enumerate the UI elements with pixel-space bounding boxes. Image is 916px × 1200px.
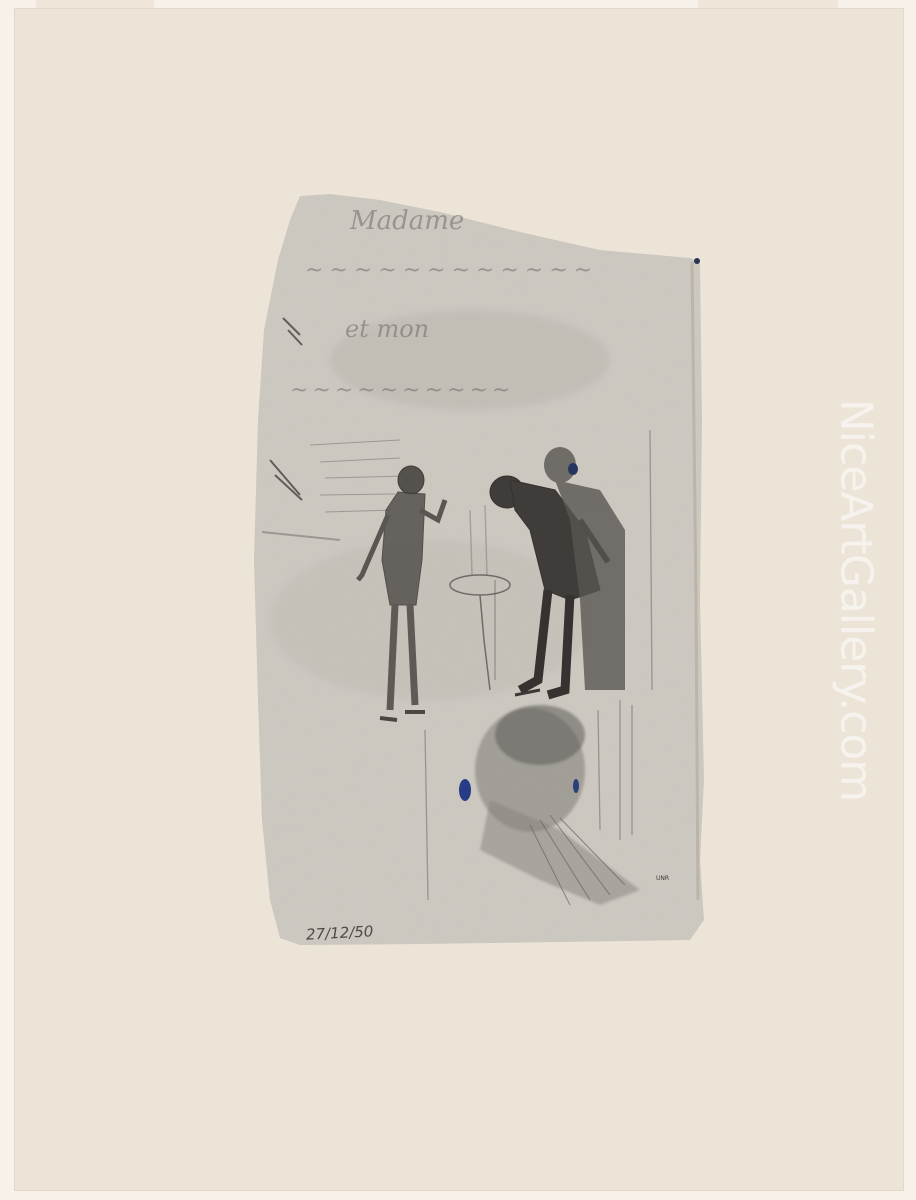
inscription-line-3: et mon <box>345 315 429 343</box>
inscription-line-2: ~~~~~~~~~~~~ <box>305 258 598 283</box>
sketch-artwork <box>0 0 916 1200</box>
date-inscription: 27/12/50 <box>306 922 374 944</box>
inscription-line-4: ~~~~~~~~~~ <box>290 378 514 403</box>
collector-mark: UNR <box>656 875 669 882</box>
inscription-line-1: Madame <box>350 206 464 236</box>
watermark: NiceArtGallery.com <box>831 399 882 801</box>
